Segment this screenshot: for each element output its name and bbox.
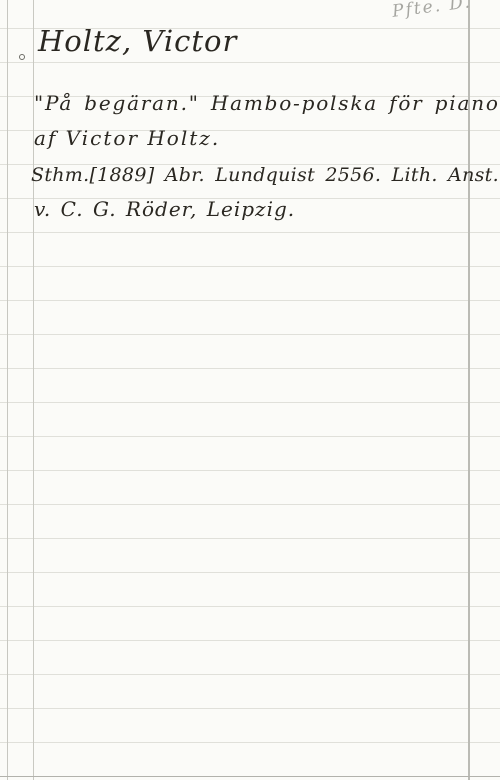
left-edge-line <box>7 0 8 780</box>
pencil-classification-mark: Pfte. D. <box>391 0 473 22</box>
entry-printer-line: v. C. G. Röder, Leipzig. <box>34 197 295 221</box>
entry-title-line: "På begäran." Hambo-polska för piano <box>34 91 500 115</box>
bottom-edge-line <box>0 776 500 777</box>
entry-heading: Holtz, Victor <box>38 24 237 58</box>
entry-imprint-line: Sthm.[1889] Abr. Lundquist 2556. Lith. A… <box>31 164 499 186</box>
left-margin-line <box>33 0 34 780</box>
entry-author-line: af Victor Holtz. <box>34 126 220 150</box>
catalog-card-page: Pfte. D. Holtz, Victor "På begäran." Ham… <box>0 0 500 780</box>
right-margin-line <box>468 0 470 780</box>
margin-ring-mark <box>19 54 25 60</box>
